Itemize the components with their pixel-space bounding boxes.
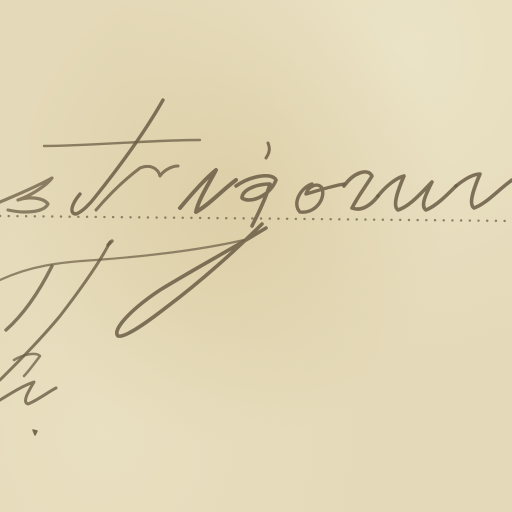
manuscript-page: strigosum ic [0,0,512,512]
letter-t-crossbar [44,140,200,146]
lower-hook [14,354,40,376]
letter-s2 [344,172,378,209]
letter-o [297,184,344,212]
letter-u [378,176,456,210]
handwriting-ink [0,0,512,512]
letter-i [180,170,236,212]
letter-m [456,174,512,208]
letter-r [96,166,178,210]
lower-left-ic [0,382,56,404]
ink-dot [33,430,37,435]
i-dot [266,143,269,158]
letter-s [0,178,52,212]
letter-t-stem [72,100,163,214]
